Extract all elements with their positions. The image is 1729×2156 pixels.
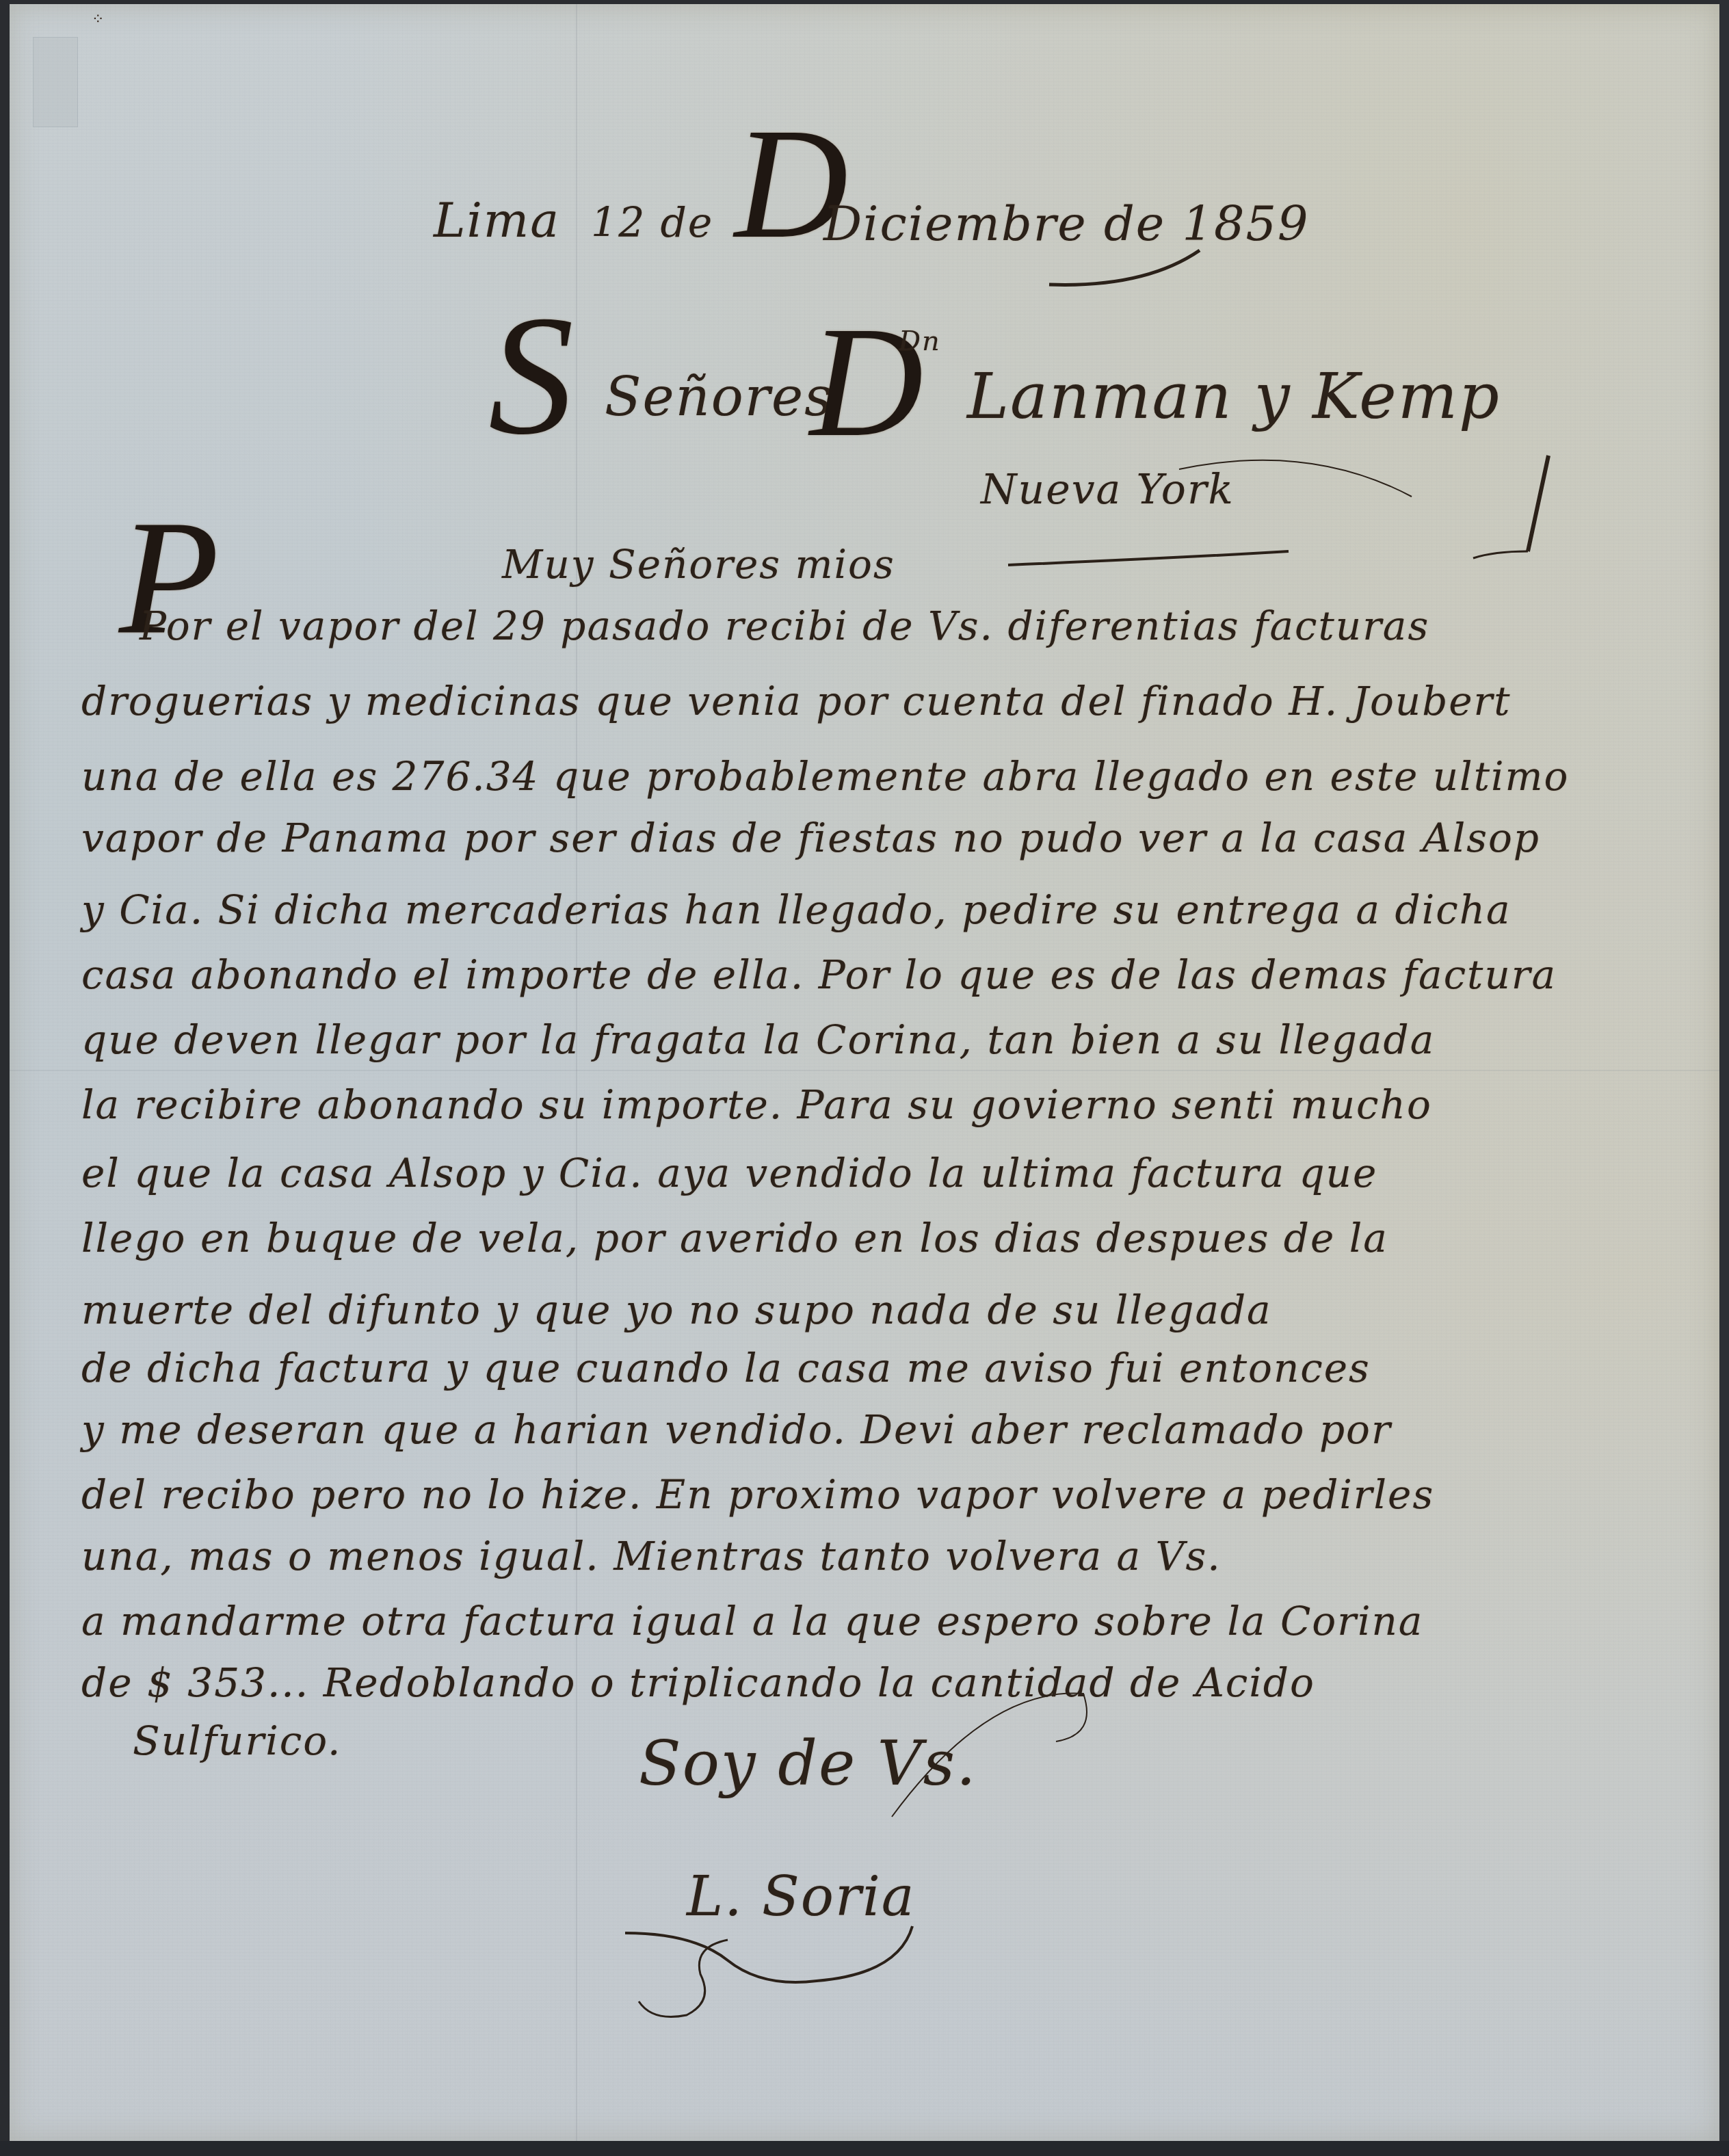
- body-line-9: el que la casa Alsop y Cia. aya vendido …: [81, 1150, 1377, 1196]
- scan-edge-bottom: [0, 2141, 1729, 2156]
- letter-page: ⁘ Lima 12 de D Diciembre de 1859 S Señor…: [10, 4, 1719, 2141]
- body-line-17: de $ 353... Redoblando o triplicando la …: [81, 1659, 1315, 1706]
- dateline-underline-flourish: [1035, 237, 1241, 291]
- body-line-18: Sulfurico.: [133, 1718, 342, 1764]
- body-line-15: una, mas o menos igual. Mientras tanto v…: [81, 1533, 1222, 1579]
- body-line-7: que deven llegar por la fragata la Corin…: [81, 1016, 1435, 1063]
- body-line-2: droguerias y medicinas que venia por cue…: [81, 678, 1512, 724]
- addressee-honorific: Dn: [899, 326, 941, 357]
- addressee-capital-s: S: [488, 278, 574, 475]
- body-line-1: Por el vapor del 29 pasado recibi de Vs.…: [140, 603, 1429, 649]
- body-line-13: y me deseran que a harian vendido. Devi …: [81, 1406, 1392, 1453]
- greeting-underline-flourish: [1001, 531, 1343, 586]
- body-line-14: del recibo pero no lo hize. En proximo v…: [81, 1471, 1434, 1518]
- body-line-6: casa abonando el importe de ella. Por lo…: [81, 951, 1557, 998]
- body-line-10: llego en buque de vela, por averido en l…: [81, 1215, 1388, 1261]
- body-line-4: vapor de Panama por ser dias de fiestas …: [81, 815, 1540, 861]
- embossed-stamp-mark: [33, 37, 78, 127]
- addressee-title: Señores: [605, 367, 833, 428]
- ink-speck-mark: ⁘: [92, 11, 104, 28]
- addressee-capital-d: D: [810, 291, 923, 473]
- paper-fold-vertical: [576, 4, 577, 2141]
- body-line-16: a mandarme otra factura igual a la que e…: [81, 1598, 1423, 1644]
- body-line-5: y Cia. Si dicha mercaderias han llegado,…: [81, 886, 1512, 933]
- dateline-day: 12 de: [591, 199, 713, 247]
- body-line-11: muerte del difunto y que yo no supo nada…: [81, 1287, 1272, 1333]
- scan-edge-right: [1719, 0, 1729, 2156]
- dateline-place: Lima: [434, 192, 560, 248]
- paper-fold-horizontal: [10, 1070, 1719, 1071]
- closing-flourish: [885, 1680, 1104, 1830]
- greeting: Muy Señores mios: [502, 541, 895, 588]
- body-line-8: la recibire abonando su importe. Para su…: [81, 1081, 1432, 1128]
- signature-rubric: [611, 1919, 926, 2029]
- body-line-3: una de ella es 276.34 que probablemente …: [81, 753, 1569, 800]
- addressee-name: Lanman y Kemp: [967, 360, 1501, 433]
- body-line-12: de dicha factura y que cuando la casa me…: [81, 1345, 1371, 1391]
